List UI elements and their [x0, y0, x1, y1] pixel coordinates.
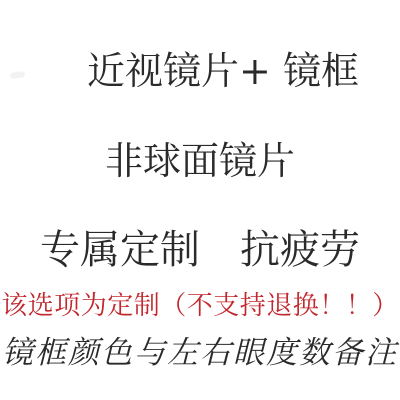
remark-instruction-line: 镜框颜色与左右眼度数备注 [0, 338, 400, 369]
aspheric-lens-line: 非球面镜片 [0, 142, 400, 180]
custom-antifatigue-line: 专属定制 抗疲劳 [0, 230, 400, 270]
no-return-warning-line: 该选项为定制（不支持退换！！） [0, 293, 400, 319]
product-option-notice-image: 近视镜片+ 镜框 非球面镜片 专属定制 抗疲劳 该选项为定制（不支持退换！！） … [0, 0, 400, 400]
title-line-lens-plus-frame: 近视镜片+ 镜框 [23, 52, 400, 90]
